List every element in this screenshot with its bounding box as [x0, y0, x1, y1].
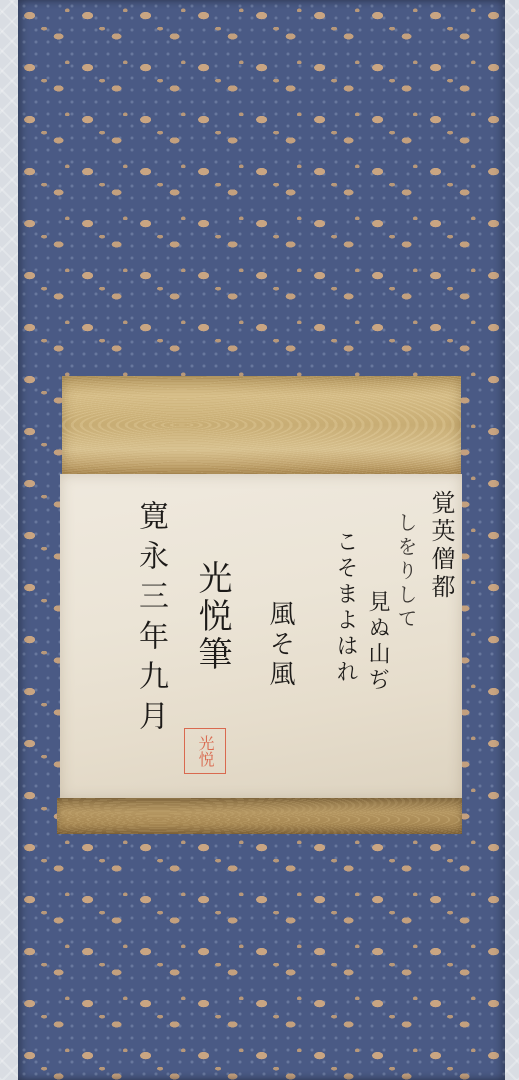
- signature-column: 光悦筆: [188, 560, 237, 674]
- date-column: 寛永三年九月: [128, 500, 172, 740]
- gold-band-top: [62, 376, 461, 474]
- red-seal: 光悦: [184, 728, 226, 774]
- poem-line-2: 見ぬ山ぢ: [362, 590, 393, 694]
- gold-band-bottom: [57, 798, 462, 834]
- poem-line-4: 風そ風: [262, 600, 299, 690]
- title-column: 覚英僧都: [424, 490, 459, 602]
- poem-line-3: こそまよはれ: [330, 530, 361, 686]
- poem-line-1: しをりして: [392, 512, 421, 632]
